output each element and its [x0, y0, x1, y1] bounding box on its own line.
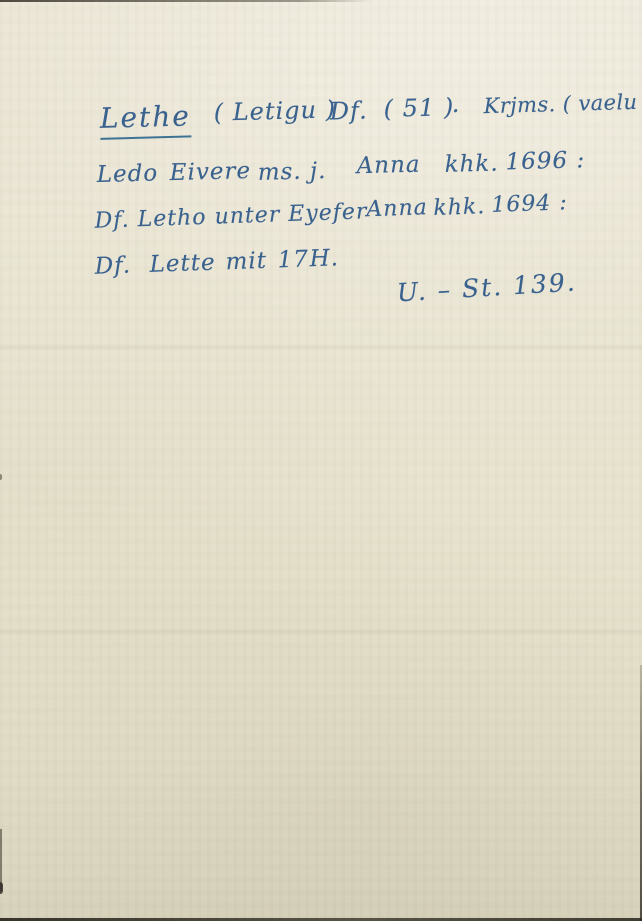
abbrev-df: Df.: [94, 253, 131, 280]
paper-crease: [0, 628, 642, 635]
abbrev-df: Df.: [329, 96, 368, 125]
count-paren: ( 51 ): [383, 93, 454, 123]
handwriting-line-headword: Lethe ( Letigu ) Df. ( 51 ) . Krjms. ( v…: [0, 87, 642, 147]
abbrev-h: H.: [309, 245, 339, 272]
word-mit: mit: [225, 248, 267, 275]
phrase-df-letho: Df. Letho: [94, 205, 207, 234]
scan-edge-top-line: [0, 0, 372, 2]
year-1696: 1696 :: [505, 147, 585, 175]
index-card-scan: Lethe ( Letigu ) Df. ( 51 ) . Krjms. ( v…: [0, 0, 642, 921]
headword-variant: ( Letigu ): [213, 95, 336, 126]
word-anna: Anna: [356, 152, 421, 180]
year-1694: 1694 :: [491, 190, 568, 218]
phrase-unter-eyefer: unter Eyefer: [214, 199, 368, 229]
word-eivere: Eivere: [169, 158, 251, 186]
abbrev-ms-j: ms. j.: [257, 158, 326, 186]
headword-text: Lethe: [99, 99, 191, 140]
paper-crease: [0, 344, 642, 351]
abbrev-khk: khk.: [433, 194, 486, 221]
abbrev-khk: khk.: [444, 151, 499, 178]
word-ledo: Ledo: [96, 160, 158, 188]
left-edge-ink-mark: [0, 882, 3, 894]
number-17: 17: [277, 246, 309, 273]
word-anna: Anna: [366, 195, 428, 222]
left-edge-speck: [0, 474, 2, 480]
note-krjms: Krjms. ( vaelu k.): [483, 89, 642, 118]
period-mark: .: [451, 90, 460, 118]
word-lette: Lette: [149, 250, 216, 278]
